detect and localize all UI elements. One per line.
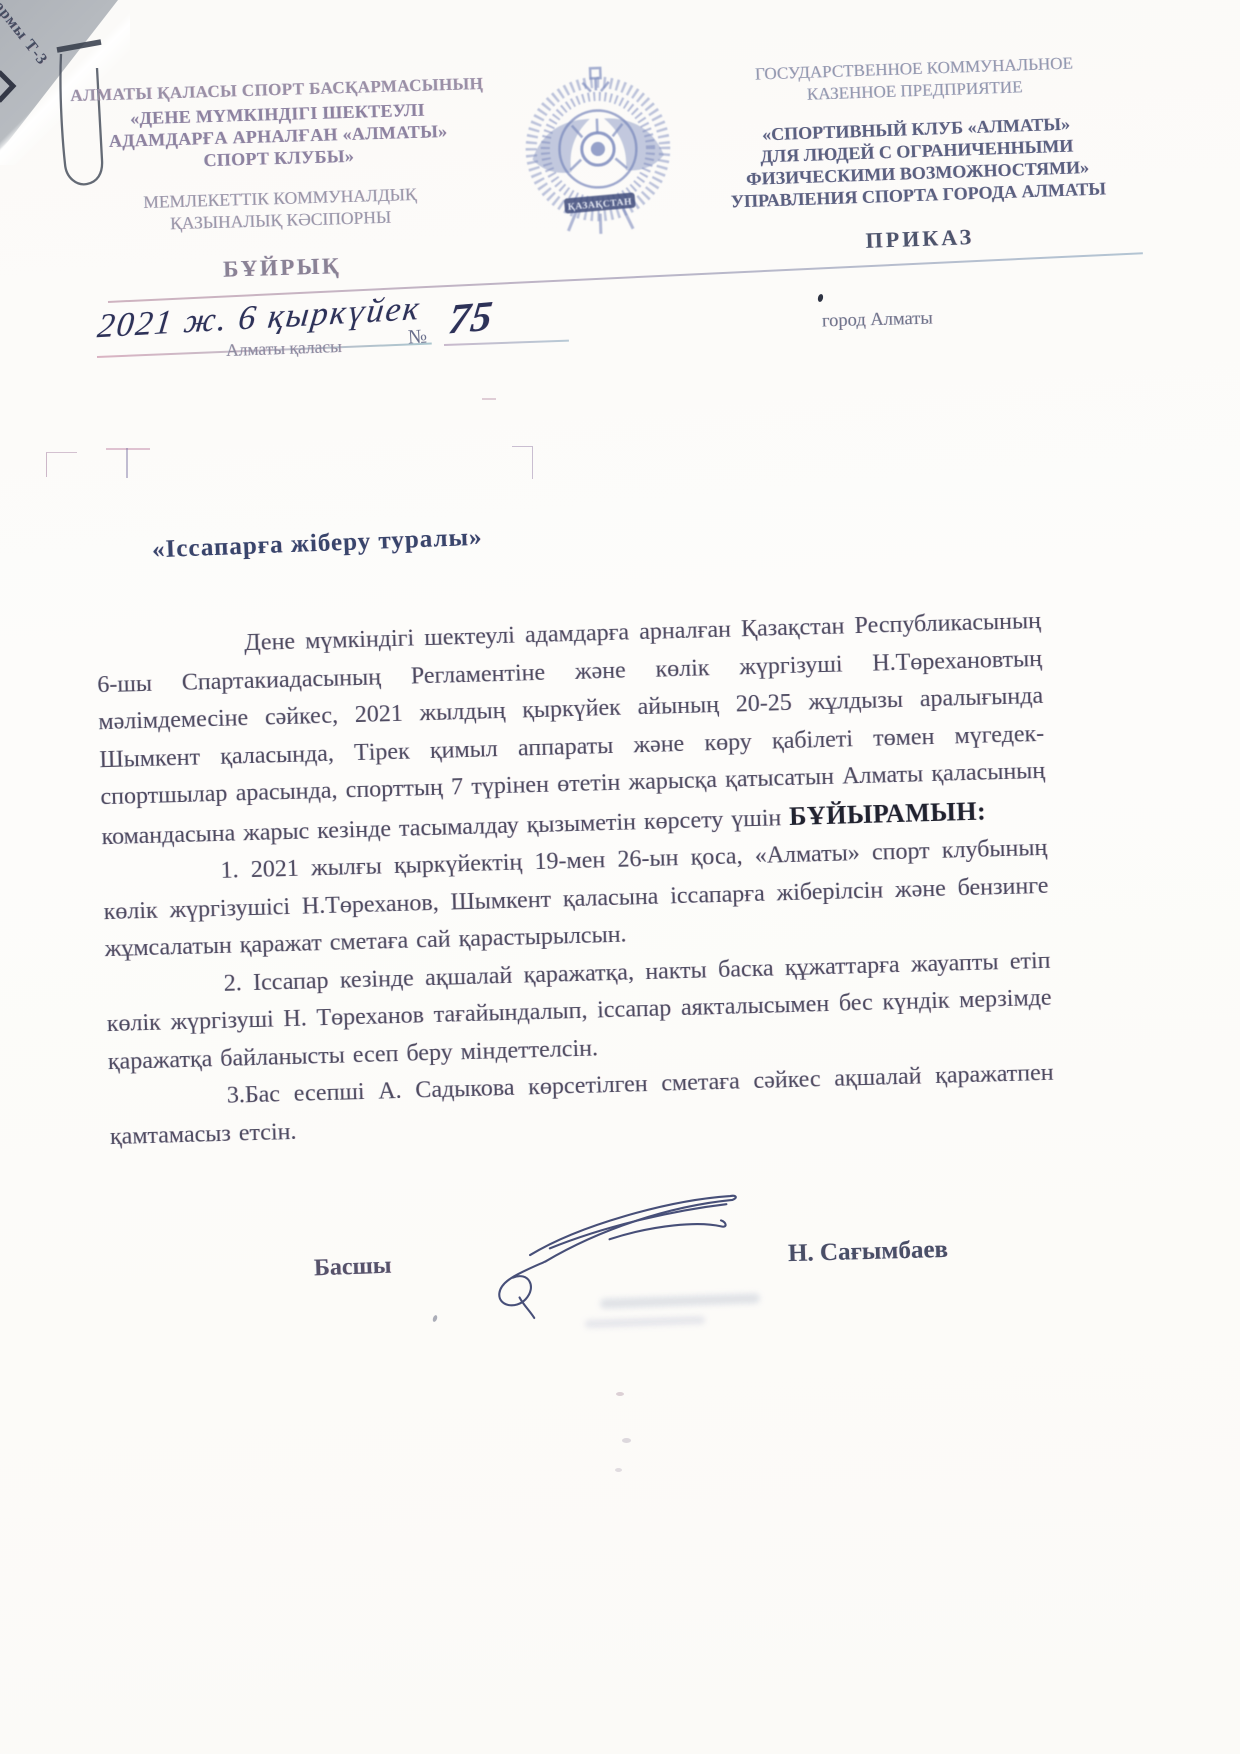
place-russian: город Алматы bbox=[822, 309, 933, 333]
scan-speck bbox=[615, 1468, 622, 1472]
org-name-block: «СПОРТИВНЫЙ КЛУБ «АЛМАТЫ» ДЛЯ ЛЮДЕЙ С ОГ… bbox=[692, 110, 1143, 214]
faint-box-mark bbox=[106, 448, 150, 450]
faint-box-mark bbox=[512, 446, 533, 479]
handwritten-order-number: 75 bbox=[446, 292, 496, 345]
signatory-name: Н. Сағымбаев bbox=[788, 1236, 949, 1268]
scan-corner-mark-icon bbox=[0, 70, 18, 104]
header-left-kazakh: АЛМАТЫ ҚАЛАСЫ СПОРТ БАСҚАРМАСЫНЫҢ «ДЕНЕ … bbox=[69, 74, 490, 287]
faint-box-mark bbox=[482, 398, 496, 400]
scanned-order-document: ормы Т-3 АЛМАТЫ ҚАЛАСЫ СПОРТ БАСҚАРМАСЫН… bbox=[0, 0, 1240, 1754]
doc-type-russian: ПРИКАЗ bbox=[696, 218, 1145, 260]
number-sign-label: № bbox=[407, 326, 427, 350]
scan-speck bbox=[622, 1438, 631, 1443]
body-intro-paragraph: Дене мүмкіндігі шектеулі адамдарға арнал… bbox=[96, 603, 1047, 856]
order-subject-title: «Іссапарға жіберу туралы» bbox=[152, 524, 483, 565]
ink-dot bbox=[817, 293, 824, 302]
signatory-title: Басшы bbox=[314, 1253, 392, 1283]
doc-type-kazakh: БҰЙРЫҚ bbox=[74, 249, 490, 287]
order-body: Дене мүмкіндігі шектеулі адамдарға арнал… bbox=[96, 603, 1055, 1156]
place-kazakh: Алматы қаласы bbox=[226, 336, 343, 361]
header-right-russian: ГОСУДАРСТВЕННОЕ КОММУНАЛЬНОЕ КАЗЕННОЕ ПР… bbox=[690, 50, 1144, 260]
order-word: БҰЙЫРАМЫН: bbox=[789, 796, 987, 830]
scan-speck bbox=[616, 1392, 624, 1396]
faint-box-mark bbox=[126, 448, 128, 478]
faint-box-mark bbox=[46, 452, 77, 477]
scan-speck bbox=[432, 1315, 438, 1323]
org-type-line: МЕМЛЕКЕТТІК КОММУНАЛДЫҚ ҚАЗЫНАЛЫҚ КӘСІПО… bbox=[72, 181, 488, 237]
kazakhstan-emblem-icon: ҚАЗАҚСТАН bbox=[509, 57, 687, 245]
